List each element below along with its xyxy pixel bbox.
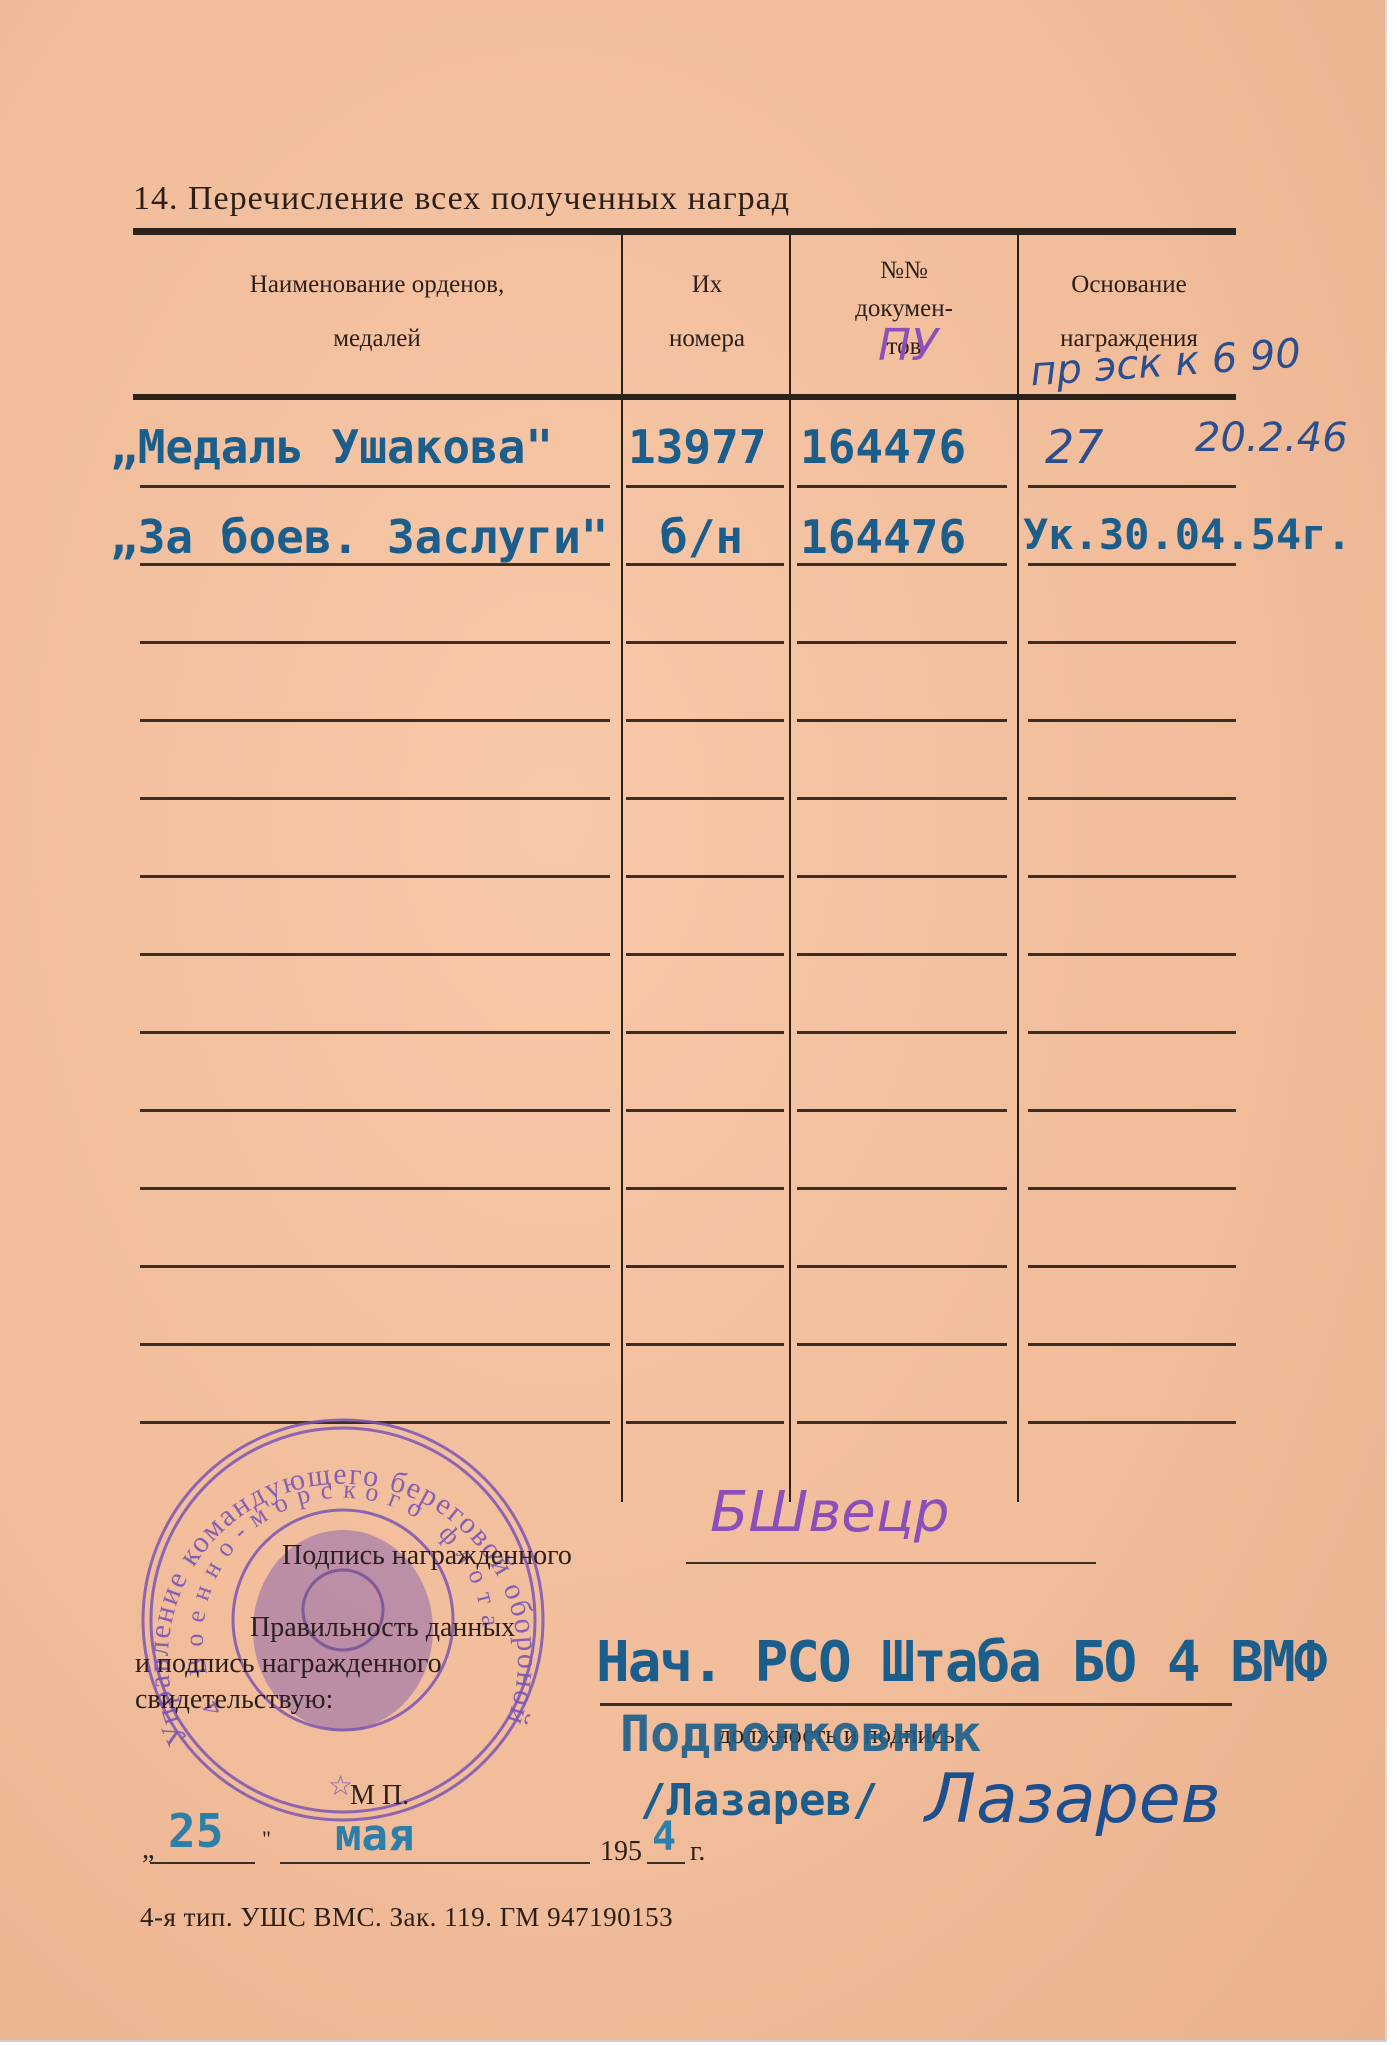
table-row-line [626,563,784,566]
table-row-line [140,1031,610,1034]
certify-line-3: свидетельствую: [135,1684,333,1716]
award-number-2: б/н [660,510,743,564]
table-row-line [1028,1187,1236,1190]
award-name-1: „Медаль Ушакова" [110,420,553,474]
award-name-2: „За боев. Заслуги" [110,510,609,564]
table-row-line [626,1265,784,1268]
section-title: 14. Перечисление всех полученных наград [133,180,790,218]
column-divider [621,234,623,1502]
date-month-line [280,1862,590,1864]
date-year-prefix: 195 [600,1836,642,1868]
table-row-line [140,1109,610,1112]
table-row-line [140,719,610,722]
table-row-line [797,563,1007,566]
table-row-line [140,641,610,644]
table-row-line [1028,641,1236,644]
date-close-quote: " [262,1826,271,1852]
header-award-name: Наименование орденов, медалей [133,258,621,366]
table-row-line [626,875,784,878]
table-row-line [626,1109,784,1112]
table-row-line [797,875,1007,878]
date-day: 25 [168,1804,223,1858]
table-row-line [626,1187,784,1190]
table-row-line [797,797,1007,800]
table-row-line [1028,1421,1236,1424]
recipient-signature: БШвецр [710,1480,949,1545]
table-row-line [1028,875,1236,878]
header-award-number: Их номера [625,258,789,366]
table-row-line [1028,719,1236,722]
officer-rank: Подполковник [620,1705,981,1763]
table-row-line [797,1109,1007,1112]
table-row-line [140,875,610,878]
date-year-line [647,1862,685,1864]
table-row-line [140,797,610,800]
table-row-line [797,1031,1007,1034]
table-row-line [1028,485,1236,488]
award-doc-2: 164476 [800,510,966,564]
award-basis-1: 27 [1045,420,1104,474]
table-row-line [1028,1031,1236,1034]
column-divider [1017,234,1019,1502]
table-row-line [140,1187,610,1190]
table-row-line [1028,563,1236,566]
award-basis-2: Ук.30.04.54г. [1023,510,1352,559]
table-row-line [626,1031,784,1034]
table-row-line [1028,1109,1236,1112]
date-year-suffix: 4 [652,1814,676,1860]
table-row-line [626,1421,784,1424]
table-row-line [140,563,610,566]
award-doc-1: 164476 [800,420,966,474]
award-document-page: 14. Перечисление всех полученных наград … [0,0,1387,2042]
table-row-line [1028,797,1236,800]
date-day-line [150,1862,255,1864]
table-row-line [1028,1265,1236,1268]
recipient-signature-label: Подпись награжденного [282,1540,572,1572]
table-row-line [797,1343,1007,1346]
table-row-line [797,1187,1007,1190]
table-row-line [797,1421,1007,1424]
table-row-line [797,485,1007,488]
table-row-line [626,485,784,488]
table-row-line [626,953,784,956]
docs-annotation: ПУ [878,320,938,371]
table-row-line [797,1265,1007,1268]
recipient-signature-line [686,1562,1096,1564]
date-month: мая [335,1810,414,1861]
officer-signature: Лазарев [925,1760,1221,1839]
table-row-line [797,953,1007,956]
table-row-line [1028,953,1236,956]
award-number-1: 13977 [628,420,766,474]
award-basis-date-1: 20.2.46 [1195,415,1348,461]
header-rule [133,394,1236,400]
table-row-line [140,953,610,956]
table-row-line [626,797,784,800]
table-row-line [797,719,1007,722]
seal-place-label: М П. [350,1780,409,1812]
print-info: 4-я тип. УШС ВМС. Зак. 119. ГМ 947190153 [140,1902,673,1933]
certify-line-2: и подпись награжденного [135,1648,442,1680]
table-row-line [626,719,784,722]
table-row-line [140,1343,610,1346]
table-row-line [1028,1343,1236,1346]
column-divider [789,234,791,1502]
table-row-line [140,485,610,488]
table-row-line [626,641,784,644]
table-row-line [140,1265,610,1268]
title-rule [133,228,1236,235]
table-row-line [797,641,1007,644]
date-year-unit: г. [690,1836,705,1868]
certify-line-1: Правильность данных [250,1612,515,1644]
officer-position: Нач. РСО Штаба БО 4 ВМФ [596,1630,1325,1695]
table-row-line [626,1343,784,1346]
